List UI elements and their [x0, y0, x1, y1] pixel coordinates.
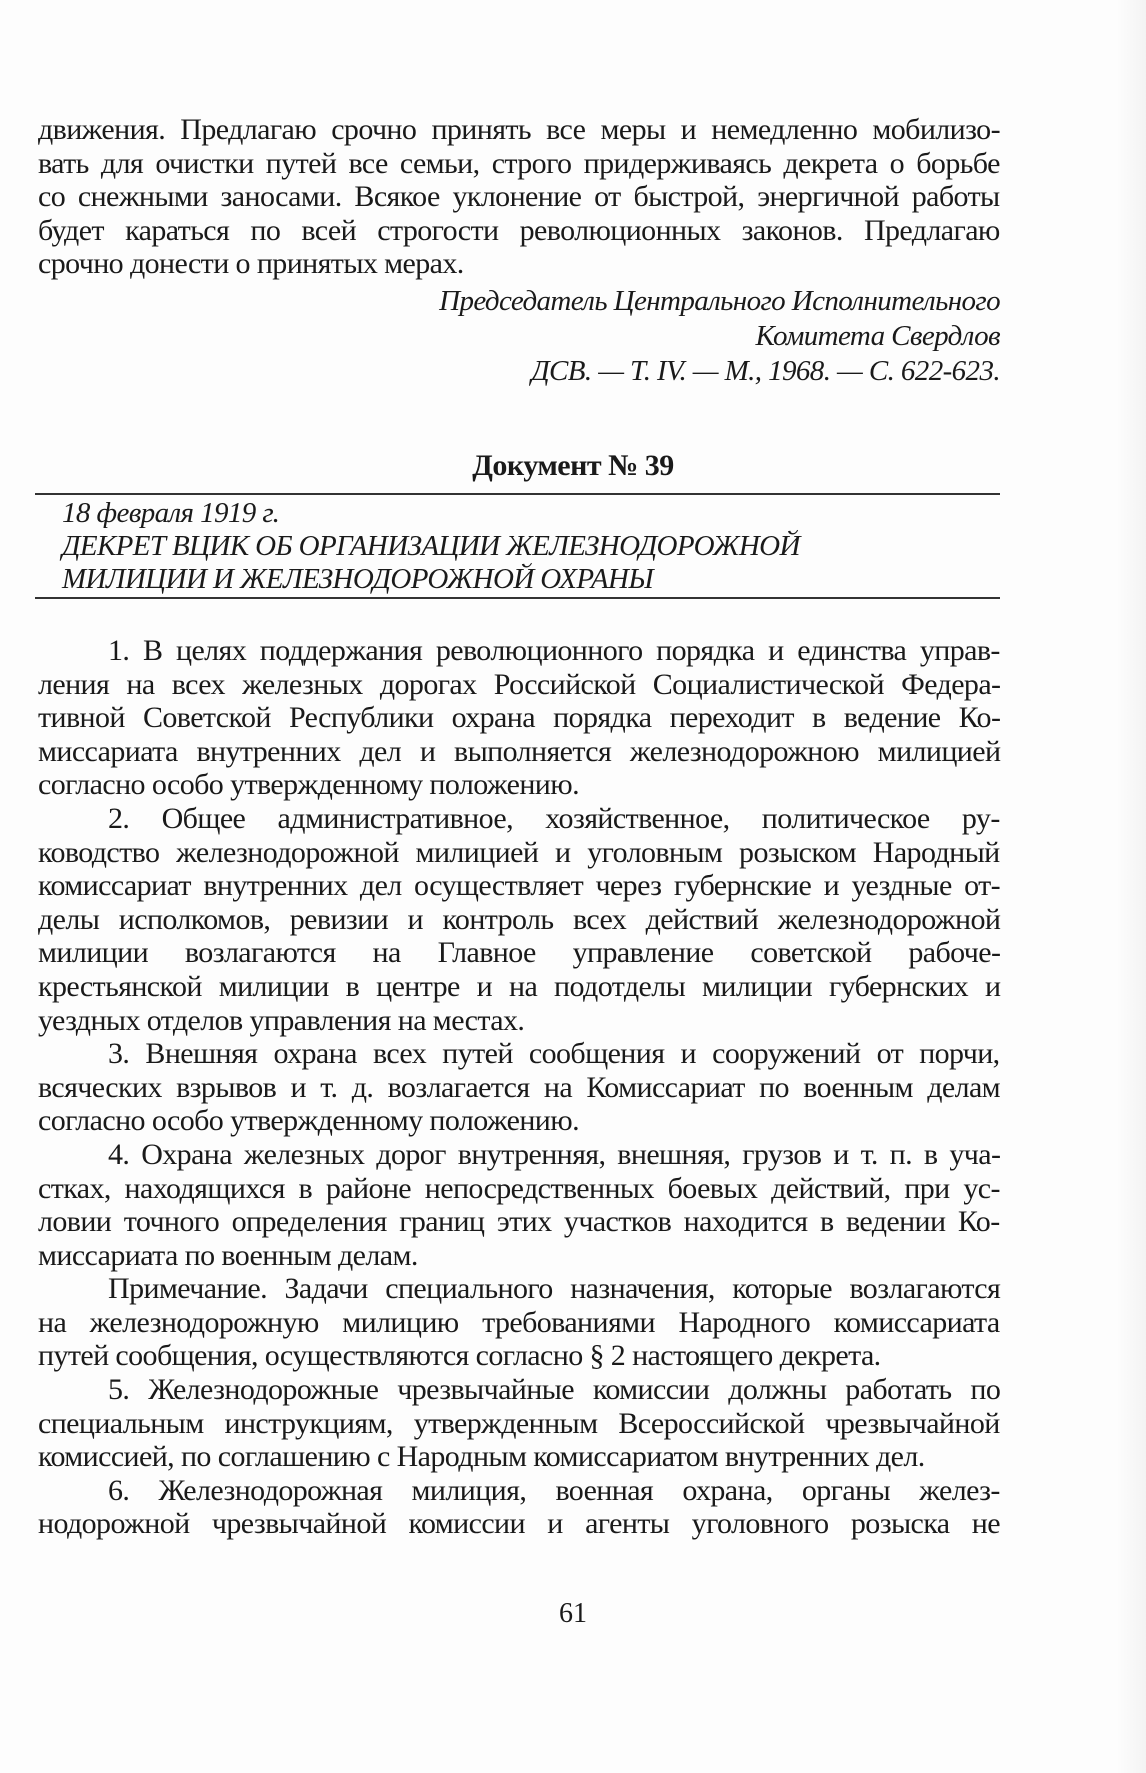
signature-line-1: Председатель Центрального Исполнительног…: [439, 283, 1000, 319]
decree-heading-line-2: МИЛИЦИИ И ЖЕЛЕЗНОДОРОЖНОЙ ОХРАНЫ: [62, 563, 653, 596]
paragraph-4-line: ловии точного определения границ этих уч…: [38, 1205, 1000, 1239]
paragraph-4-line: 4. Охрана железных дорог внутренняя, вне…: [38, 1138, 1000, 1172]
paragraph-2-line: 2. Общее административное, хозяйственное…: [38, 802, 1000, 836]
paragraph-2-line: милиции возлагаются на Главное управлени…: [38, 936, 1000, 970]
paragraph-2-line: делы исполкомов, ревизии и контроль всех…: [38, 903, 1000, 937]
paragraph-4-line: стках, находящихся в районе непосредстве…: [38, 1172, 1000, 1206]
text-line: срочно донести о принятых мерах.: [38, 247, 1000, 281]
top-rule-divider: [35, 493, 1000, 495]
document-date: 18 февраля 1919 г.: [62, 497, 279, 530]
paragraph-5-line: комиссией, по соглашению с Народным коми…: [38, 1440, 1000, 1474]
decree-body: 1. В целях поддержания революционного по…: [38, 634, 1000, 1541]
paragraph-2-line: ководство железнодорожной милицией и уго…: [38, 836, 1000, 870]
note-line: Примечание. Задачи специального назначен…: [38, 1272, 1000, 1306]
paragraph-6-line: нодорожной чрезвычайной комиссии и агент…: [38, 1507, 1000, 1541]
paragraph-3-line: 3. Внешняя охрана всех путей сообщения и…: [38, 1037, 1000, 1071]
paragraph-2-line: комиссариат внутренних дел осуществляет …: [38, 869, 1000, 903]
text-line: будет караться по всей строгости революц…: [38, 214, 1000, 248]
paragraph-6-line: 6. Железнодорожная милиция, военная охра…: [38, 1474, 1000, 1508]
document-title: Документ № 39: [0, 449, 1146, 483]
paragraph-5-line: 5. Железнодорожные чрезвычайные комиссии…: [38, 1373, 1000, 1407]
bottom-rule-divider: [35, 597, 1000, 599]
paragraph-1-line: тивной Советской Республики охрана поряд…: [38, 701, 1000, 735]
text-line: со снежными заносами. Всякое уклонение о…: [38, 180, 1000, 214]
paragraph-1-line: ления на всех железных дорогах Российско…: [38, 668, 1000, 702]
note-line: на железнодорожную милицию требованиями …: [38, 1306, 1000, 1340]
paragraph-3-line: согласно особо утвержденному положению.: [38, 1104, 1000, 1138]
text-line: движения. Предлагаю срочно принять все м…: [38, 113, 1000, 147]
text-line: вать для очистки путей все семьи, строго…: [38, 147, 1000, 181]
paragraph-5-line: специальным инструкциям, утвержденным Вс…: [38, 1407, 1000, 1441]
paragraph-1-line: 1. В целях поддержания революционного по…: [38, 634, 1000, 668]
document-page: движения. Предлагаю срочно принять все м…: [0, 0, 1146, 1773]
paragraph-1-line: согласно особо утвержденному положению.: [38, 768, 1000, 802]
paragraph-3-line: всяческих взрывов и т. д. возлагается на…: [38, 1071, 1000, 1105]
paragraph-1-line: миссариата внутренних дел и выполняется …: [38, 735, 1000, 769]
previous-document-text: движения. Предлагаю срочно принять все м…: [38, 113, 1000, 281]
source-citation: ДСВ. — Т. IV. — М., 1968. — С. 622-623.: [531, 353, 1000, 389]
page-edge-shadow: [1116, 0, 1146, 1773]
decree-heading-line-1: ДЕКРЕТ ВЦИК ОБ ОРГАНИЗАЦИИ ЖЕЛЕЗНОДОРОЖН…: [62, 530, 800, 563]
paragraph-2-line: крестьянской милиции в центре и на подот…: [38, 970, 1000, 1004]
paragraph-4-line: миссариата по военным делам.: [38, 1239, 1000, 1273]
signature-line-2: Комитета Свердлов: [755, 318, 1000, 354]
paragraph-2-line: уездных отделов управления на местах.: [38, 1004, 1000, 1038]
note-line: путей сообщения, осуществляются согласно…: [38, 1339, 1000, 1373]
page-number: 61: [0, 1598, 1146, 1630]
